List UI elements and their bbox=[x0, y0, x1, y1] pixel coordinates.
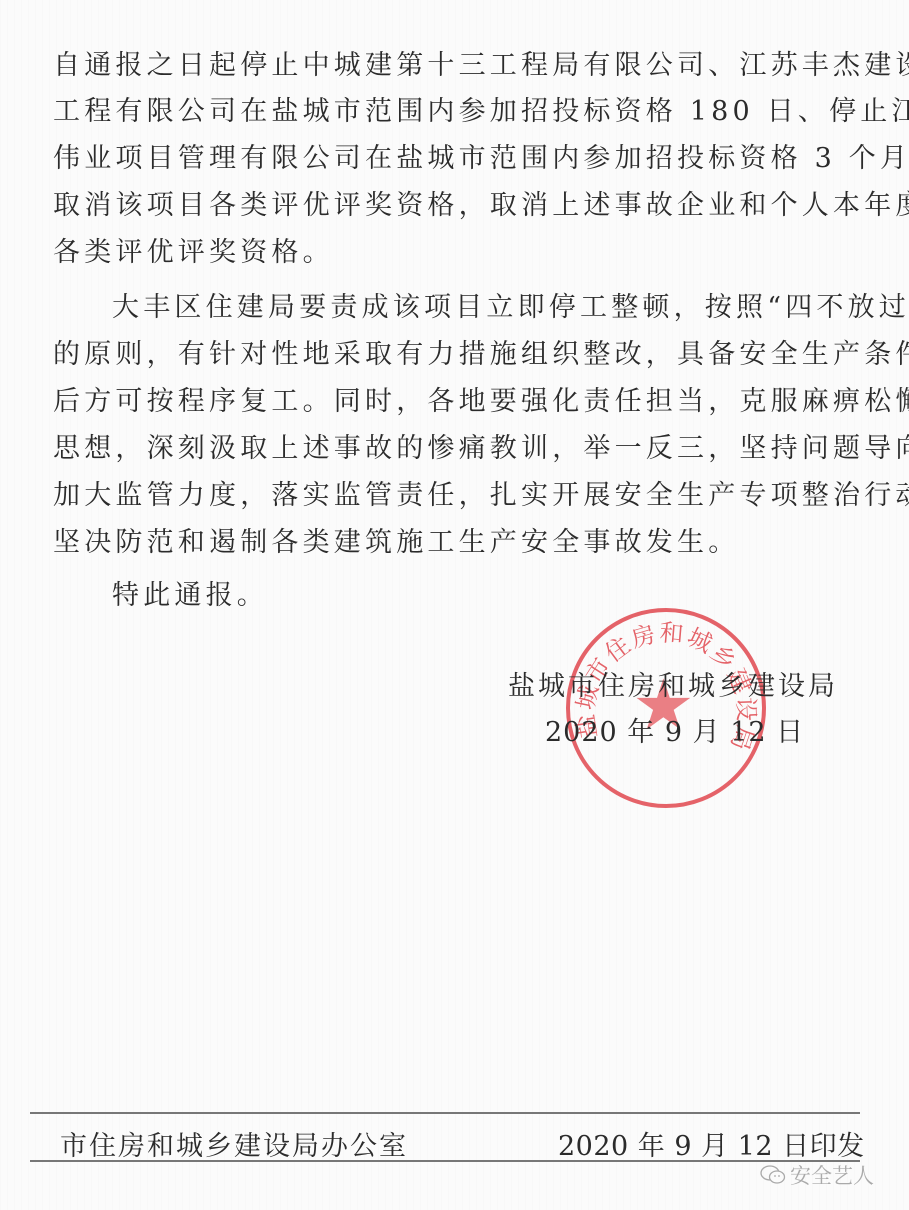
paragraph2-line-2: 的原则，有针对性地采取有力措施组织整改，具备安全生产条件 bbox=[53, 337, 909, 373]
paragraph2-line-3: 后方可按程序复工。同时，各地要强化责任担当，克服麻痹松懈 bbox=[53, 384, 909, 420]
paragraph1-line-4: 取消该项目各类评优评奖资格，取消上述事故企业和个人本年度 bbox=[53, 188, 909, 224]
official-seal: 盐城市住房和城乡建设局 ★ bbox=[566, 608, 766, 808]
footer-print-date: 2020 年 9 月 12 日印发 bbox=[558, 1124, 865, 1163]
watermark: 安全艺人 bbox=[760, 1160, 874, 1190]
closing-text: 特此通报。 bbox=[112, 578, 268, 614]
paragraph2-line-5: 加大监管力度，落实监管责任，扎实开展安全生产专项整治行动， bbox=[53, 478, 909, 514]
footer-bottom-rule bbox=[30, 1160, 860, 1162]
paragraph1-line-2: 工程有限公司在盐城市范围内参加招投标资格 180 日、停止江苏 bbox=[53, 94, 909, 130]
wechat-icon bbox=[760, 1165, 786, 1185]
paragraph1-line-3: 伟业项目管理有限公司在盐城市范围内参加招投标资格 3 个月。 bbox=[53, 141, 909, 177]
watermark-label: 安全艺人 bbox=[790, 1160, 874, 1190]
issuer-name: 盐城市住房和城乡建设局 bbox=[508, 664, 838, 703]
paragraph1-line-5: 各类评优评奖资格。 bbox=[53, 235, 334, 271]
document-page: 自通报之日起停止中城建第十三工程局有限公司、江苏丰杰建设 工程有限公司在盐城市范… bbox=[0, 0, 909, 1210]
footer-office: 市住房和城乡建设局办公室 bbox=[60, 1124, 408, 1163]
paragraph2-line-6: 坚决防范和遏制各类建筑施工生产安全事故发生。 bbox=[53, 525, 739, 561]
issue-date: 2020 年 9 月 12 日 bbox=[545, 710, 804, 749]
paragraph2-line-4: 思想，深刻汲取上述事故的惨痛教训，举一反三，坚持问题导向， bbox=[53, 431, 909, 467]
paragraph2-line-1: 大丰区住建局要责成该项目立即停工整顿，按照“四不放过” bbox=[112, 290, 909, 326]
footer-top-rule bbox=[30, 1112, 860, 1114]
paragraph1-line-1: 自通报之日起停止中城建第十三工程局有限公司、江苏丰杰建设 bbox=[53, 48, 909, 84]
